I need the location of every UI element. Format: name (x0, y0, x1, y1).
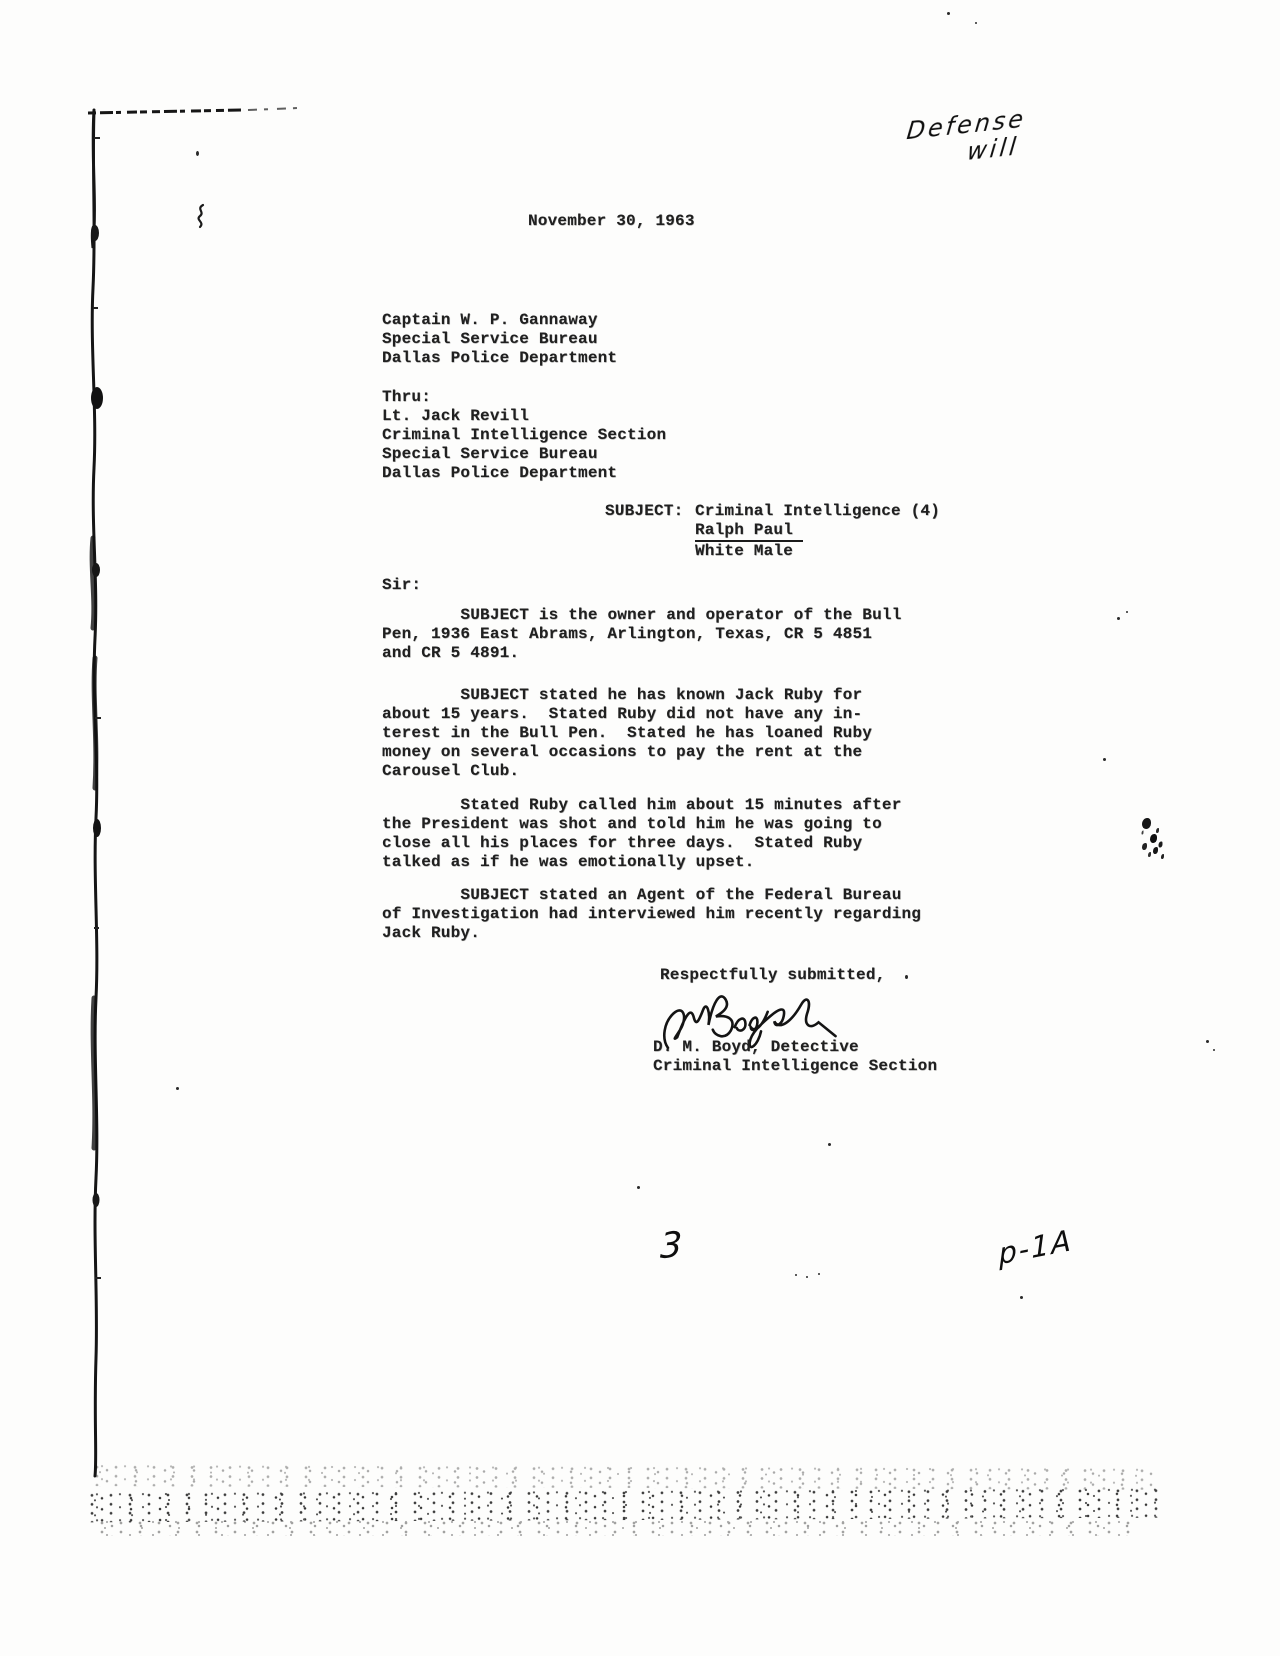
dust-speck (176, 1087, 179, 1090)
dust-speck (975, 22, 977, 24)
dust-speck (196, 151, 199, 156)
signer-block: D. M. Boyd, Detective Criminal Intellige… (653, 1038, 937, 1076)
subject-descriptor: White Male (695, 542, 793, 561)
dust-speck (795, 1274, 797, 1276)
body-paragraph-1: SUBJECT is the owner and operator of the… (382, 606, 902, 663)
scan-edge-artifact-top (86, 104, 301, 120)
recipient-address-block: Captain W. P. Gannaway Special Service B… (382, 311, 617, 368)
dust-speck (1213, 1049, 1215, 1051)
dust-speck (1103, 758, 1106, 761)
salutation: Sir: (382, 576, 421, 595)
scan-edge-artifact-left (70, 98, 116, 1490)
date-line: November 30, 1963 (528, 212, 695, 231)
dust-speck (905, 975, 908, 979)
stray-ink-squiggle (193, 203, 209, 229)
thru-routing-block: Thru: Lt. Jack Revill Criminal Intellige… (382, 388, 666, 483)
dust-speck (1020, 1296, 1023, 1299)
handwritten-note: Defense will (902, 105, 1027, 172)
scan-noise-band-lower (100, 1520, 1140, 1536)
body-paragraph-4: SUBJECT stated an Agent of the Federal B… (382, 886, 921, 943)
ink-blob-splatter (1142, 818, 1151, 829)
dust-speck (947, 12, 950, 15)
body-paragraph-3: Stated Ruby called him about 15 minutes … (382, 796, 902, 872)
subject-label: SUBJECT: (605, 502, 683, 521)
body-paragraph-2: SUBJECT stated he has known Jack Ruby fo… (382, 686, 872, 781)
handwritten-file-mark: p-1A (998, 1223, 1074, 1272)
scanned-document-page: Defense will November 30, 1963 Captain W… (0, 0, 1280, 1656)
dust-speck (806, 1276, 808, 1278)
dust-speck (828, 1143, 831, 1146)
dust-speck (818, 1273, 820, 1275)
dust-speck (637, 1186, 640, 1189)
handwritten-page-number: 3 (660, 1225, 684, 1267)
dust-speck (1126, 611, 1128, 613)
subject-value: Criminal Intelligence (4) (695, 502, 940, 521)
scan-noise-band-main (90, 1488, 1165, 1523)
dust-speck (1206, 1040, 1209, 1043)
dust-speck (1117, 617, 1120, 620)
scan-noise-band-upper (95, 1464, 1155, 1490)
subject-name: Ralph Paul (695, 521, 803, 542)
